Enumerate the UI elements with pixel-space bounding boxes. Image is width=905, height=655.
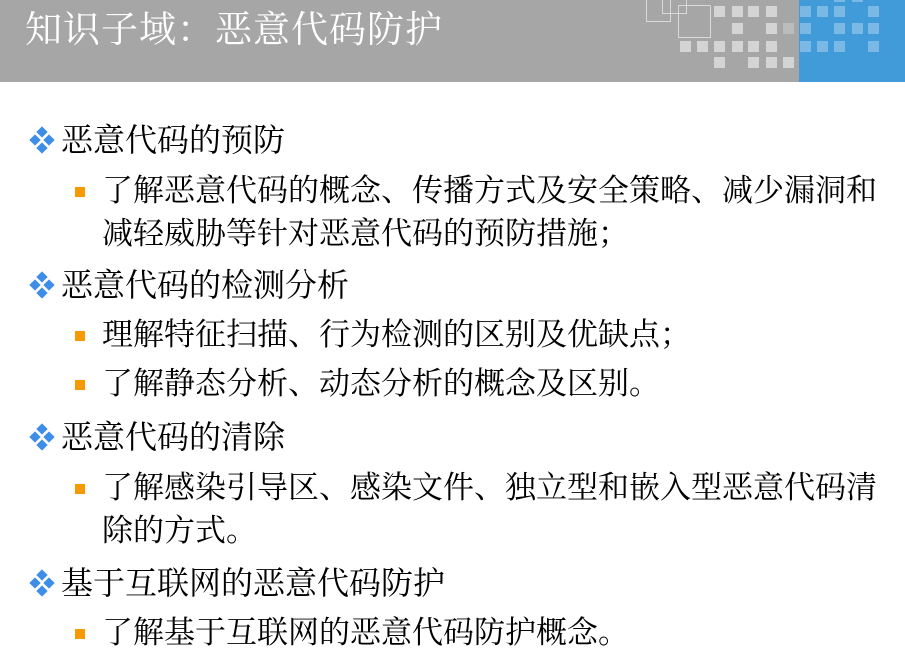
orange-square-icon [75,331,85,341]
orange-square-icon [75,629,85,639]
list-item: 理解特征扫描、行为检测的区别及优缺点； [75,314,882,357]
section-heading: 基于互联网的恶意代码防护 [28,563,445,603]
list-item-text: 理解特征扫描、行为检测的区别及优缺点； [102,314,882,357]
orange-square-icon [75,187,85,197]
orange-square-icon [75,380,85,390]
list-item-text: 了解基于互联网的恶意代码防护概念。 [102,612,882,655]
section-heading: 恶意代码的预防 [28,120,285,160]
slide-body: 恶意代码的预防 了解恶意代码的概念、传播方式及安全策略、减少漏洞和减轻威胁等针对… [0,0,905,655]
list-item: 了解静态分析、动态分析的概念及区别。 [75,363,882,406]
list-item-text: 了解感染引导区、感染文件、独立型和嵌入型恶意代码清除的方式。 [102,467,882,553]
orange-square-icon [75,484,85,494]
list-item: 了解恶意代码的概念、传播方式及安全策略、减少漏洞和减轻威胁等针对恶意代码的预防措… [75,170,882,256]
blue-diamond-cluster-icon [28,273,56,297]
section-heading: 恶意代码的清除 [28,417,285,457]
blue-diamond-cluster-icon [28,425,56,449]
list-item-text: 了解静态分析、动态分析的概念及区别。 [102,363,882,406]
blue-diamond-cluster-icon [28,571,56,595]
section-heading-text: 恶意代码的清除 [61,417,285,457]
blue-diamond-cluster-icon [28,128,56,152]
section-heading: 恶意代码的检测分析 [28,265,349,305]
section-heading-text: 恶意代码的预防 [61,120,285,160]
list-item: 了解基于互联网的恶意代码防护概念。 [75,612,882,655]
list-item-text: 了解恶意代码的概念、传播方式及安全策略、减少漏洞和减轻威胁等针对恶意代码的预防措… [102,170,882,256]
section-heading-text: 恶意代码的检测分析 [61,265,349,305]
list-item: 了解感染引导区、感染文件、独立型和嵌入型恶意代码清除的方式。 [75,467,882,553]
section-heading-text: 基于互联网的恶意代码防护 [61,563,445,603]
